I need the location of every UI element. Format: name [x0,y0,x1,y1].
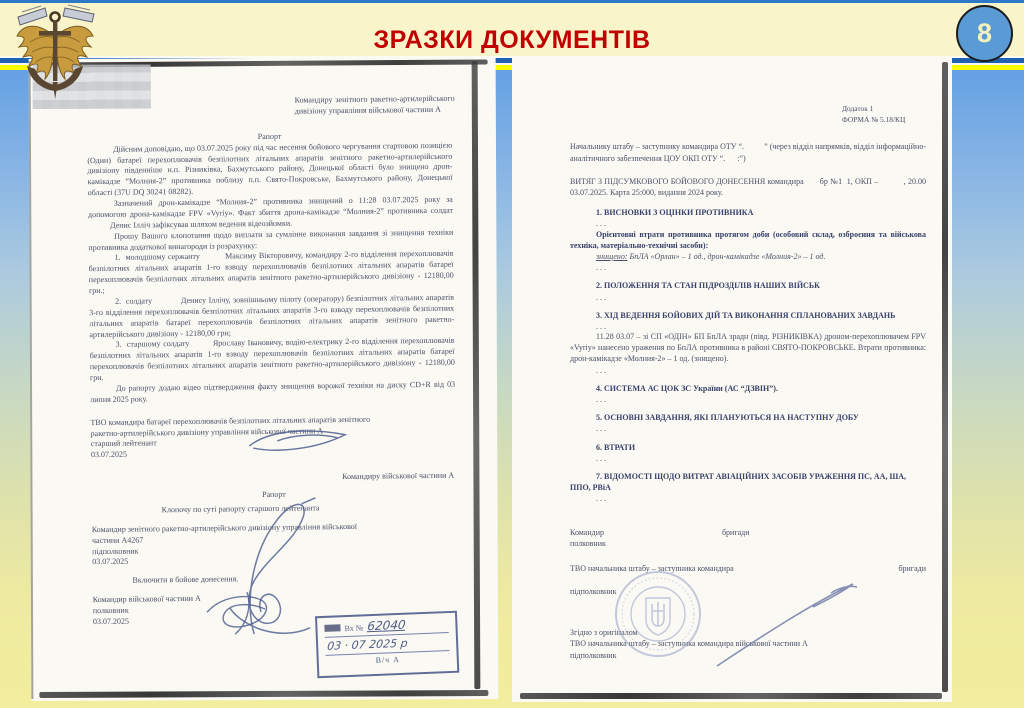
signature-scribble-right [707,578,867,673]
slide: ЗРАЗКИ ДОКУМЕНТІВ 8 Командиру з [0,0,1024,708]
redacted-gap [604,527,722,538]
stamp-number: 62040 [367,618,407,634]
document-scan-extract: Додаток 1 ФОРМА № 5.18/КЦ Начальнику шта… [512,58,952,702]
document-scan-report: Командиру зенітного ракетно-артилерійськ… [29,57,499,701]
addressee-block-2: Командиру військової частини А [91,471,456,486]
omission-dots: ... [570,294,926,301]
section-paragraph: 11.28 03.07 – зі СП «ОДІН» БП БпЛА зрадн… [570,331,926,365]
report-list-item: 2. солдату Денису Іллічу, зовнішньому пі… [89,293,455,341]
section-heading: 7. ВІДОМОСТІ ЩОДО ВИТРАТ АВІАЦІЙНИХ ЗАСО… [570,471,926,493]
losses-line: знищено: БпЛА «Орлан» – 1 од., дрон-камі… [570,251,926,262]
subject-line: ВИТЯГ З ПІДСУМКОВОГО БОЙОВОГО ДОНЕСЕННЯ … [570,176,926,198]
round-seal-trident-icon [612,568,704,660]
section-heading: 2. ПОЛОЖЕННЯ ТА СТАН ПІДРОЗДІЛІВ НАШИХ В… [570,280,926,291]
omission-dots: ... [570,455,926,462]
addressee-block: Начальнику штабу – заступнику командира … [570,141,926,163]
report-paragraph: Зазначений дрон-камікадзе “Молния-2” про… [88,195,453,232]
omission-dots: ... [570,220,926,227]
signer-rank: полковник [570,538,926,549]
form-corner-line: Додаток 1 [842,104,926,115]
signature-row: Командир бригади [570,527,926,538]
section-heading: 4. СИСТЕМА АС ЦОК ЗС України (АС “ДЗВІН”… [570,383,926,394]
section-heading: 1. ВИСНОВКИ З ОЦІНКИ ПРОТИВНИКА [570,207,926,218]
form-corner-line: ФОРМА № 5.18/КЦ [842,115,926,126]
signature-scribble-3 [199,586,289,636]
section-paragraph: Орієнтовні втрати противника протягом до… [570,229,926,251]
omission-dots: ... [570,367,926,374]
omission-dots: ... [570,396,926,403]
omission-dots: ... [570,495,926,502]
losses-label: знищено: [596,252,628,261]
page-title: ЗРАЗКИ ДОКУМЕНТІВ [0,26,1024,55]
signer-position: Командир [570,527,604,538]
report-list-item: 1. молодшому сержанту Максиму Вікторович… [88,249,454,297]
omission-dots: ... [570,323,926,330]
section-heading: 5. ОСНОВНІ ЗАВДАННЯ, ЯКІ ПЛАНУЮТЬСЯ НА Н… [570,412,926,423]
report-paragraph: Дійсним доповідаю, що 03.07.2025 року пі… [87,140,453,199]
signer-unit: бригади [722,527,750,538]
addressee-block: Командиру зенітного ракетно-артилерійськ… [295,94,455,118]
omission-dots: ... [570,425,926,432]
section-heading: 6. ВТРАТИ [570,442,926,453]
signer-unit: бригади [898,563,926,574]
omission-dots: ... [570,264,926,271]
report-paragraph: До рапорту додаю відео підтвердження фак… [90,380,455,406]
signature-scribble-1 [245,426,355,460]
form-corner-block: Додаток 1 ФОРМА № 5.18/КЦ [842,104,926,125]
report-list-item: 3. старшому солдату Ярославу Івановичу, … [90,336,456,384]
section-heading: 3. ХІД ВЕДЕННЯ БОЙОВИХ ДІЙ ТА ВИКОНАННЯ … [570,310,926,321]
losses-detail: БпЛА «Орлан» – 1 од., дрон-камікадзе «Мо… [628,252,826,261]
page-number-badge: 8 [956,5,1013,62]
military-emblem-icon [10,2,102,107]
